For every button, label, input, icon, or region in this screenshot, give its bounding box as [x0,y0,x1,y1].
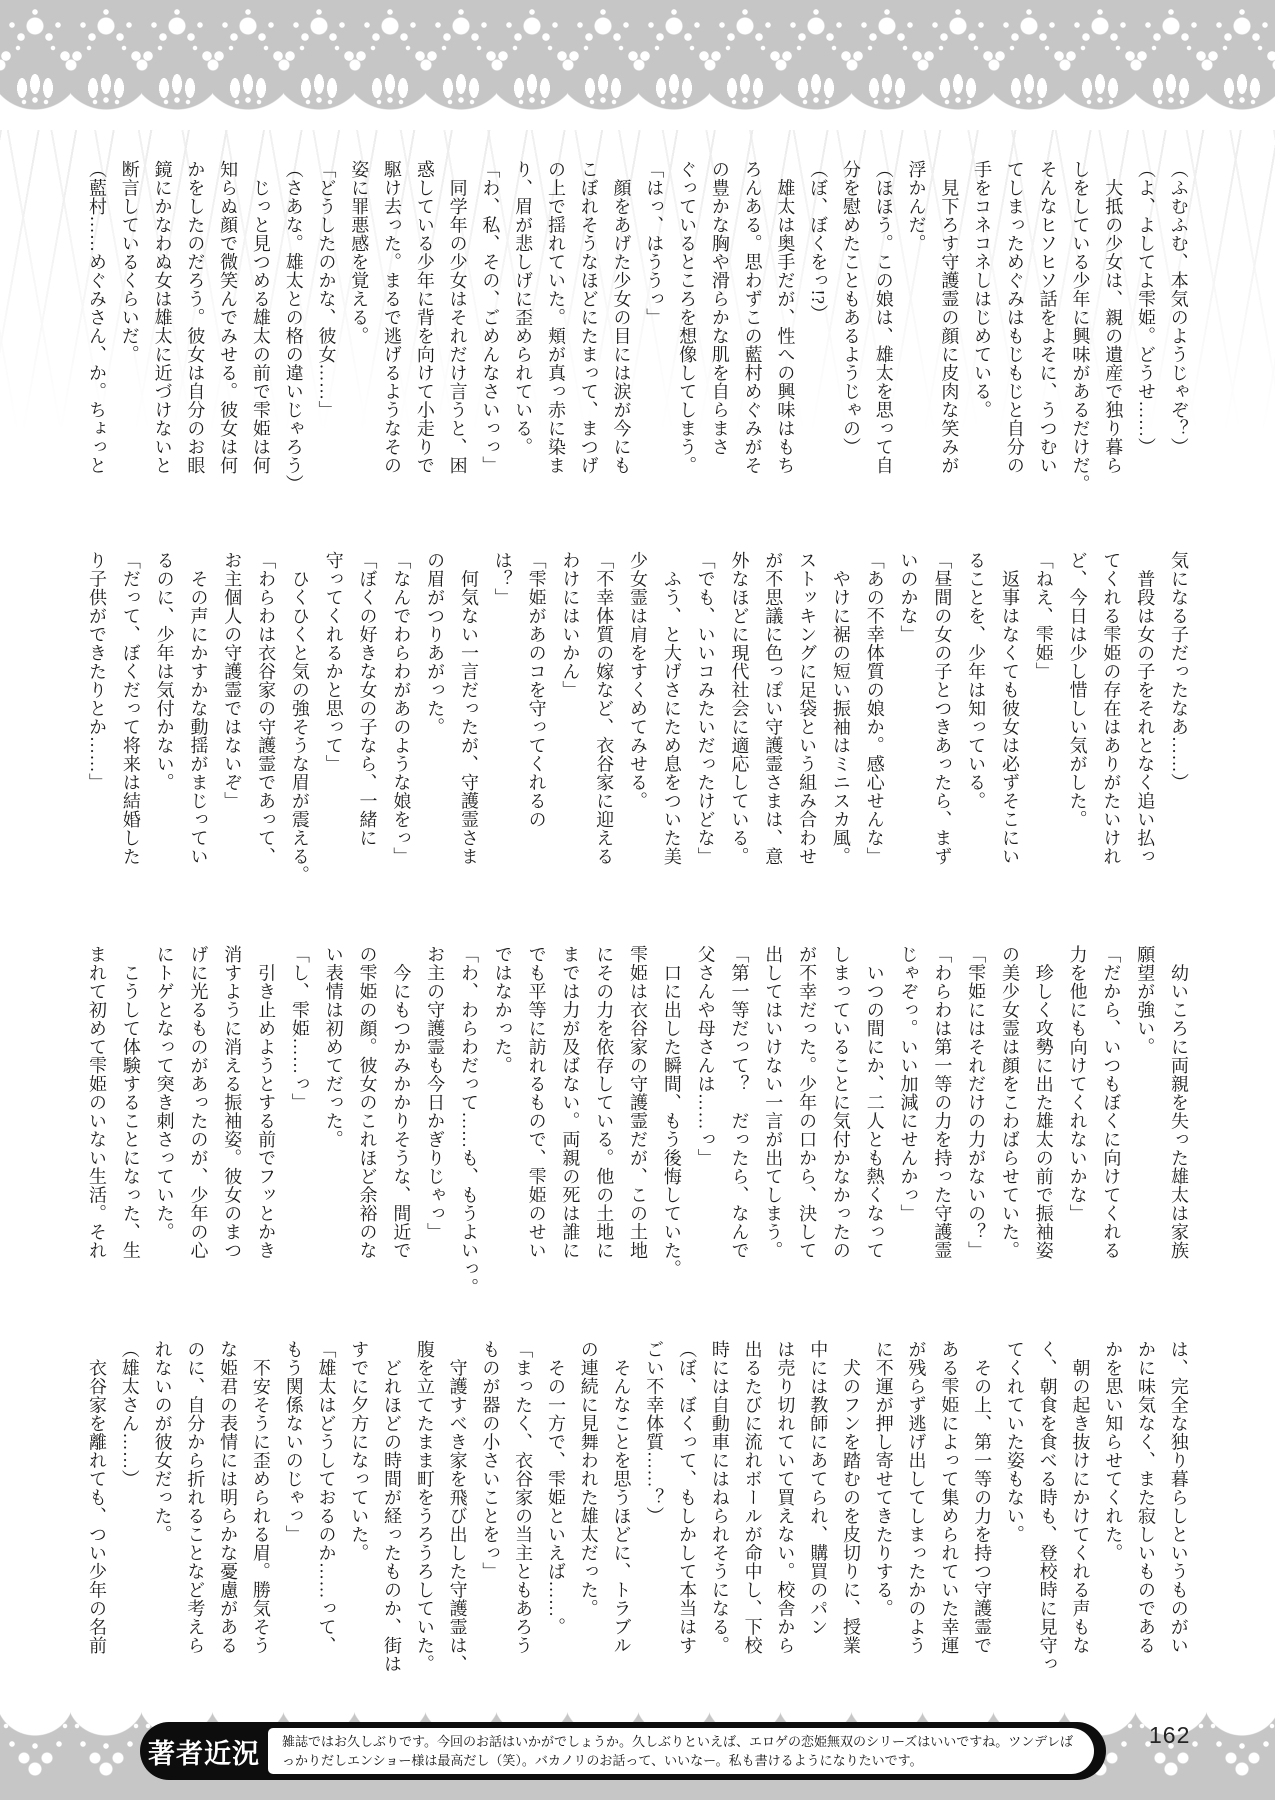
text-column: り、眉が悲しげに歪められている。 [514,160,532,522]
author-note-label: 著者近況 [140,1732,268,1771]
text-column: 普段は女の子をそれとなく追い払っ [1136,551,1154,913]
text-column: いつの間にか、二人とも熱くなって [866,945,884,1307]
text-column: に不運が押し寄せてきたりする。 [875,1340,893,1702]
text-column: てくれていた姿もない。 [1006,1340,1024,1702]
text-column: 「だから、いつもぼくに向けてくれる [1102,945,1120,1307]
text-column: 「ぼくの好きな女の子なら、一緒に [359,551,377,913]
text-column: 出るたびに流れボールが命中し、下校 [744,1340,762,1702]
text-column: 珍しく攻勢に出た雄太の前で振袖姿 [1035,945,1053,1307]
text-column: の連続に見舞われた雄太だった。 [580,1340,598,1702]
author-note-capsule: 著者近況 雑誌ではお久しぶりです。今回のお話はいかがでしょうか。久しぶりといえば… [140,1722,1106,1780]
text-column: 今にもつかみかかりそうな、間近で [392,945,410,1307]
text-column: 「雄太はどうしておるのか……って、 [317,1340,335,1702]
text-column: 消すように消える振袖姿。彼女のまつ [223,945,241,1307]
text-column: ることを、少年は知っている。 [967,551,985,913]
text-column: でも平等に訪れるもので、雫姫のせい [528,945,546,1307]
text-column: 衣谷家を離れても、つい少年の名前 [88,1340,106,1702]
text-column: お主の守護霊も今日かぎりじゃっ」 [426,945,444,1307]
text-column: 「わらわは第一等の力を持った守護霊 [933,945,951,1307]
text-column: もう関係ないのじゃっ」 [285,1340,303,1702]
text-column: の上で揺れていた。頬が真っ赤に染ま [547,160,565,522]
text-column: 願望が強い。 [1136,945,1154,1307]
text-column: （藍村……めぐみさん、か。ちょっと [88,160,106,522]
text-column: かに味気なく、また寂しいものである [1137,1340,1155,1702]
text-band-2: 気になる子だったなあ……） 普段は女の子をそれとなく追い払ってくれる雫姫の存在は… [88,551,1188,913]
text-column: そんなヒソヒソ話をよそに、うつむい [1039,160,1057,522]
text-column: の美少女霊は顔をこわばらせていた。 [1001,945,1019,1307]
text-column: にその力を依存している。他の土地に [595,945,613,1307]
text-column: じゃぞっ。いい加減にせんかっ」 [900,945,918,1307]
text-column: 「し、雫姫……っ」 [291,945,309,1307]
text-column: 鏡にかなわぬ女は雄太に近づけないと [154,160,172,522]
author-note-panel: 雑誌ではお久しぶりです。今回のお話はいかがでしょうか。久しぶりといえば、エロゲの… [268,1728,1094,1774]
text-column: ど、今日は少し惜しい気がした。 [1069,551,1087,913]
text-column: 時には自動車にはねられそうになる。 [711,1340,729,1702]
text-column: り子供ができたりとか……」 [88,551,106,913]
text-column: （雄太さん……） [121,1340,139,1702]
text-column: 返事はなくても彼女は必ずそこにい [1001,551,1019,913]
text-column: 「でも、いいコみたいだったけどな」 [697,551,715,913]
text-column: 力を他にも向けてくれないかな」 [1069,945,1087,1307]
text-column: 雫姫は衣谷家の守護霊だが、この土地 [629,945,647,1307]
book-page: （ふむふむ、本気のようじゃぞ？）（よ、よしてよ雫姫。どうせ……） 大抵の少女は、… [0,0,1275,1800]
text-column: かをしたのだろう。彼女は自分のお眼 [186,160,204,522]
text-column: その声にかすかな動揺がまじってい [189,551,207,913]
text-column: （ふむふむ、本気のようじゃぞ？） [1170,160,1188,522]
text-column: 見下ろす守護霊の顔に皮肉な笑みが [940,160,958,522]
text-column: 幼いころに両親を失った雄太は家族 [1170,945,1188,1307]
text-band-3: 幼いころに両親を失った雄太は家族願望が強い。「だから、いつもぼくに向けてくれる力… [88,945,1188,1307]
text-column: 「ねえ、雫姫」 [1035,551,1053,913]
text-column: 同学年の少女はそれだけ言うと、困 [449,160,467,522]
text-column: かを思い知らせてくれた。 [1104,1340,1122,1702]
text-column: 「だって、ぼくだって将来は結婚した [122,551,140,913]
text-column: は、完全な独り暮らしというものがい [1170,1340,1188,1702]
text-column: すでに夕方になっていた。 [350,1340,368,1702]
text-column: お主個人の守護霊ではないぞ」 [223,551,241,913]
text-column: 引き止めようとする前でフッとかき [257,945,275,1307]
text-column: （よ、よしてよ雫姫。どうせ……） [1137,160,1155,522]
page-number: 162 [1149,1722,1190,1749]
text-column: しまっていることに気付かなかったの [832,945,850,1307]
text-column: 「雫姫があのコを守ってくれるの [528,551,546,913]
text-column: 浮かんだ。 [908,160,926,522]
text-column: ストッキングに足袋という組み合わせ [798,551,816,913]
text-column: 「まったく、衣谷家の当主ともあろう [514,1340,532,1702]
text-column: （ほほう。この娘は、雄太を思って自 [875,160,893,522]
text-column: 不安そうに歪められる眉。勝気そう [252,1340,270,1702]
text-column: が不思議に色っぽい守護霊さまは、意 [764,551,782,913]
text-column: 手をコネコネしはじめている。 [973,160,991,522]
text-column: 守護すべき家を飛び出した守護霊は、 [449,1340,467,1702]
text-column: どれほどの時間が経ったものか、街は [383,1340,401,1702]
text-column: （ぼ、ぼくをっ!?） [809,160,827,522]
text-column: わけにはいかん」 [561,551,579,913]
text-column: 顔をあげた少女の目には涙が今にも [613,160,631,522]
text-column: 「第一等だって？ だったら、なんで [730,945,748,1307]
text-column: （さあな。雄太との格の違いじゃろう） [285,160,303,522]
lace-border-top [0,0,1275,138]
text-column: な姫君の表情には明らかな憂慮がある [219,1340,237,1702]
text-column: の豊かな胸や滑らかな肌を自らまさ [711,160,729,522]
text-column: 「わ、私、その、ごめんなさいっっ」 [481,160,499,522]
text-column: ろんある。思わずこの藍村めぐみがそ [744,160,762,522]
text-column: げに光るものがあったのが、少年の心 [189,945,207,1307]
text-column: まれて初めて雫姫のいない生活。それ [88,945,106,1307]
text-column: 「なんでわらわがあのような娘をっ」 [392,551,410,913]
text-column: 雄太は奥手だが、性への興味はもち [776,160,794,522]
text-column: 少女霊は肩をすくめてみせる。 [629,551,647,913]
text-column: は？」 [494,551,512,913]
text-column: 「あの不幸体質の娘か。感心せんな」 [866,551,884,913]
text-column: ものが器の小さいことをっ」 [481,1340,499,1702]
text-column: 「わ、わらわだって……も、もうよいっ。 [460,945,478,1307]
text-column: こうして体験することになった、生 [122,945,140,1307]
text-column: こぼれそうなほどにたまって、まつげ [580,160,598,522]
text-column: 何気ない一言だったが、守護霊さま [460,551,478,913]
text-column: るのに、少年は気付かない。 [156,551,174,913]
text-column: ふう、と大げさにため息をついた美 [663,551,681,913]
text-column: 「昼間の女の子とつきあったら、まず [933,551,951,913]
text-column: 「わらわは衣谷家の守護霊であって、 [257,551,275,913]
text-column: く、朝食を食べる時も、登校時に見守っ [1039,1340,1057,1702]
text-column: 気になる子だったなあ……） [1170,551,1188,913]
text-column: 「はっ、はううっ」 [645,160,663,522]
text-column: 駆け去った。まるで逃げるようなその [383,160,401,522]
text-column: 朝の起き抜けにかけてくれる声もな [1071,1340,1089,1702]
text-column: やけに裾の短い振袖はミニスカ風。 [832,551,850,913]
text-column: が不幸だった。少年の口から、決して [798,945,816,1307]
text-column: ではなかった。 [494,945,512,1307]
text-column: までは力が及ばない。両親の死は誰に [561,945,579,1307]
text-column: 犬のフンを踏むのを皮切りに、授業 [842,1340,860,1702]
text-column: 中には教師にあてられ、購買のパン [809,1340,827,1702]
text-column: 姿に罪悪感を覚える。 [350,160,368,522]
text-column: 「雫姫にはそれだけの力がないの？」 [967,945,985,1307]
text-column: 「どうしたのかな、彼女……」 [317,160,335,522]
text-column: ごい不幸体質……？） [645,1340,663,1702]
text-column: 出してはいけない一言が出てしまう。 [764,945,782,1307]
text-column: は売り切れていて買えない。校舎から [776,1340,794,1702]
text-column: その一方で、雫姫といえば……。 [547,1340,565,1702]
text-column: 父さんや母さんは……っ」 [697,945,715,1307]
text-column: しをしている少年に興味があるだけだ。 [1071,160,1089,522]
text-column: が残らず逃げ出してしまったかのよう [908,1340,926,1702]
text-column: 「不幸体質の嫁など、衣谷家に迎える [595,551,613,913]
author-note-text: 雑誌ではお久しぶりです。今回のお話はいかがでしょうか。久しぶりといえば、エロゲの… [268,1732,1094,1771]
text-column: じっと見つめる雄太の前で雫姫は何 [252,160,270,522]
text-column: 外なほどに現代社会に適応している。 [730,551,748,913]
text-column: ぐっているところを想像してしまう。 [678,160,696,522]
text-column: 惑している少年に背を向けて小走りで [416,160,434,522]
text-column: 腹を立てたまま町をうろうろしていた。 [416,1340,434,1702]
text-column: 大抵の少女は、親の遺産で独り暮ら [1104,160,1122,522]
text-column: のに、自分から折れることなど考えら [186,1340,204,1702]
text-column: の雫姫の顔。彼女のこれほど余裕のな [359,945,377,1307]
text-column: 分を慰めたこともあるようじゃの） [842,160,860,522]
text-column: の眉がつりあがった。 [426,551,444,913]
text-band-4: は、完全な独り暮らしというものがいかに味気なく、また寂しいものであるかを思い知ら… [88,1340,1188,1702]
text-column: その上、第一等の力を持つ守護霊で [973,1340,991,1702]
text-column: 守ってくれるかと思って」 [325,551,343,913]
text-column: い表情は初めてだった。 [325,945,343,1307]
text-band-1: （ふむふむ、本気のようじゃぞ？）（よ、よしてよ雫姫。どうせ……） 大抵の少女は、… [88,160,1188,522]
text-column: ある雫姫によって集められていた幸運 [940,1340,958,1702]
text-column: 知らぬ顔で微笑んでみせる。彼女は何 [219,160,237,522]
text-column: 口に出した瞬間、もう後悔していた。 [663,945,681,1307]
text-column: ひくひくと気の強そうな眉が震える。 [291,551,309,913]
text-column: 断言しているくらいだ。 [121,160,139,522]
text-column: にトゲとなって突き刺さっていた。 [156,945,174,1307]
text-column: てくれる雫姫の存在はありがたいけれ [1102,551,1120,913]
text-column: いのかな」 [900,551,918,913]
text-column: てしまっためぐみはもじもじと自分の [1006,160,1024,522]
text-column: そんなことを思うほどに、トラブル [613,1340,631,1702]
text-column: れないのが彼女だった。 [154,1340,172,1702]
text-column: （ぼ、ぼくって、もしかして本当はす [678,1340,696,1702]
